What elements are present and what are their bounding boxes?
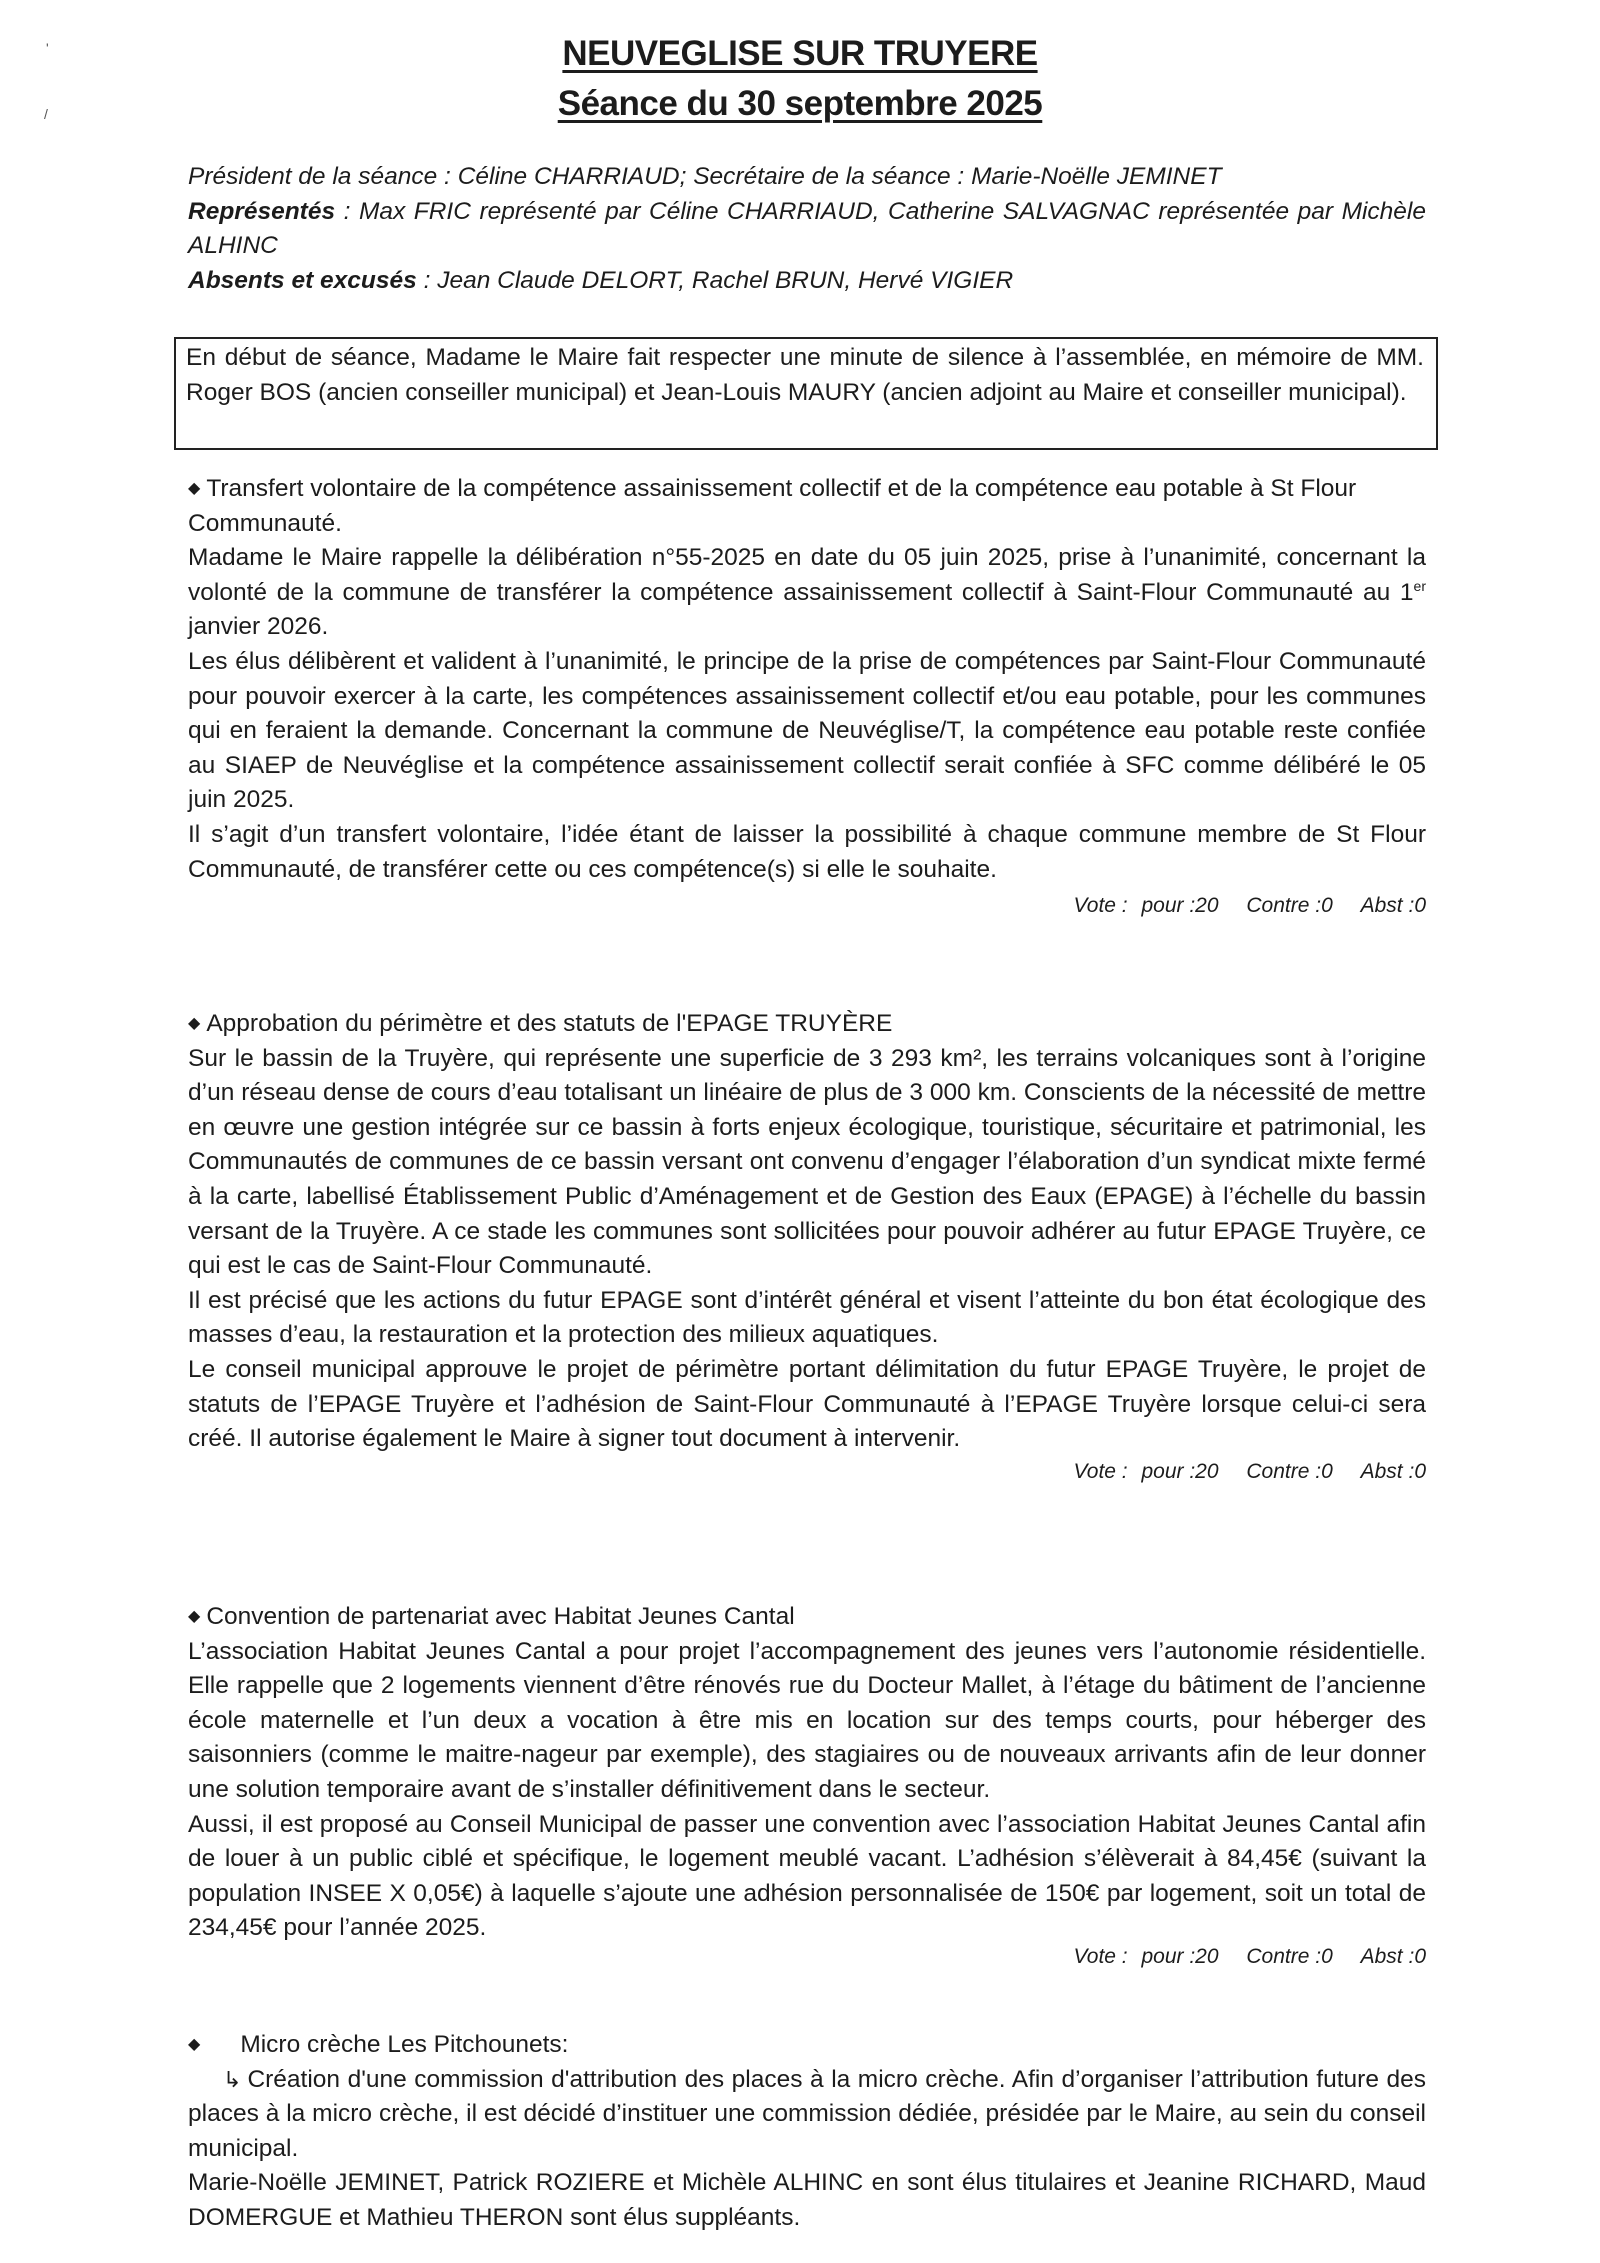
document-page: ' / NEUVEGLISE SUR TRUYERE Séance du 30 … [0, 0, 1600, 2263]
paragraph: Le conseil municipal approuve le projet … [188, 1353, 1426, 1457]
paragraph: Aussi, il est proposé au Conseil Municip… [188, 1808, 1426, 1946]
paragraph: Il s’agit d’un transfert volontaire, l’i… [188, 818, 1426, 887]
section-heading: ◆Convention de partenariat avec Habitat … [188, 1600, 1426, 1635]
diamond-bullet-icon: ◆ [188, 480, 200, 497]
paragraph: L’association Habitat Jeunes Cantal a po… [188, 1635, 1426, 1808]
session-date-title: Séance du 30 septembre 2025 [0, 84, 1600, 124]
vote-result: Vote : pour :20 Contre :0 Abst :0 [188, 1942, 1426, 1972]
paragraph: Il est précisé que les actions du futur … [188, 1284, 1426, 1353]
diamond-bullet-icon: ◆ [188, 1608, 200, 1625]
vote-result: Vote : pour :20 Contre :0 Abst :0 [188, 891, 1426, 921]
tribute-box: En début de séance, Madame le Maire fait… [174, 337, 1438, 450]
paragraph: ↳Création d'une commission d'attribution… [188, 2063, 1426, 2167]
attendance-block: Président de la séance : Céline CHARRIAU… [188, 160, 1426, 298]
document-title: NEUVEGLISE SUR TRUYERE [0, 34, 1600, 74]
president-line: Président de la séance : Céline CHARRIAU… [188, 160, 1426, 195]
section-epage-truyere: ◆Approbation du périmètre et des statuts… [188, 1007, 1426, 1487]
section-heading: ◆Approbation du périmètre et des statuts… [188, 1007, 1426, 1042]
absent-line: Absents et excusés : Jean Claude DELORT,… [188, 264, 1426, 299]
section-transfert-competence: ◆Transfert volontaire de la compétence a… [188, 472, 1426, 921]
section-heading: ◆Micro crèche Les Pitchounets: [188, 2028, 1426, 2063]
section-habitat-jeunes-cantal: ◆Convention de partenariat avec Habitat … [188, 1600, 1426, 1972]
paragraph: Marie-Noëlle JEMINET, Patrick ROZIERE et… [188, 2166, 1426, 2235]
paragraph: Madame le Maire rappelle la délibération… [188, 541, 1426, 645]
diamond-bullet-icon: ◆ [188, 1015, 200, 1032]
section-heading: ◆Transfert volontaire de la compétence a… [188, 472, 1426, 541]
diamond-bullet-icon: ◆ [188, 2036, 200, 2053]
vote-result: Vote : pour :20 Contre :0 Abst :0 [188, 1457, 1426, 1487]
section-micro-creche: ◆Micro crèche Les Pitchounets: ↳Création… [188, 2028, 1426, 2236]
represented-line: Représentés : Max FRIC représenté par Cé… [188, 195, 1426, 264]
hand-arrow-icon: ↳ [223, 2067, 241, 2092]
paragraph: Sur le bassin de la Truyère, qui représe… [188, 1042, 1426, 1284]
paragraph: Les élus délibèrent et valident à l’unan… [188, 645, 1426, 818]
